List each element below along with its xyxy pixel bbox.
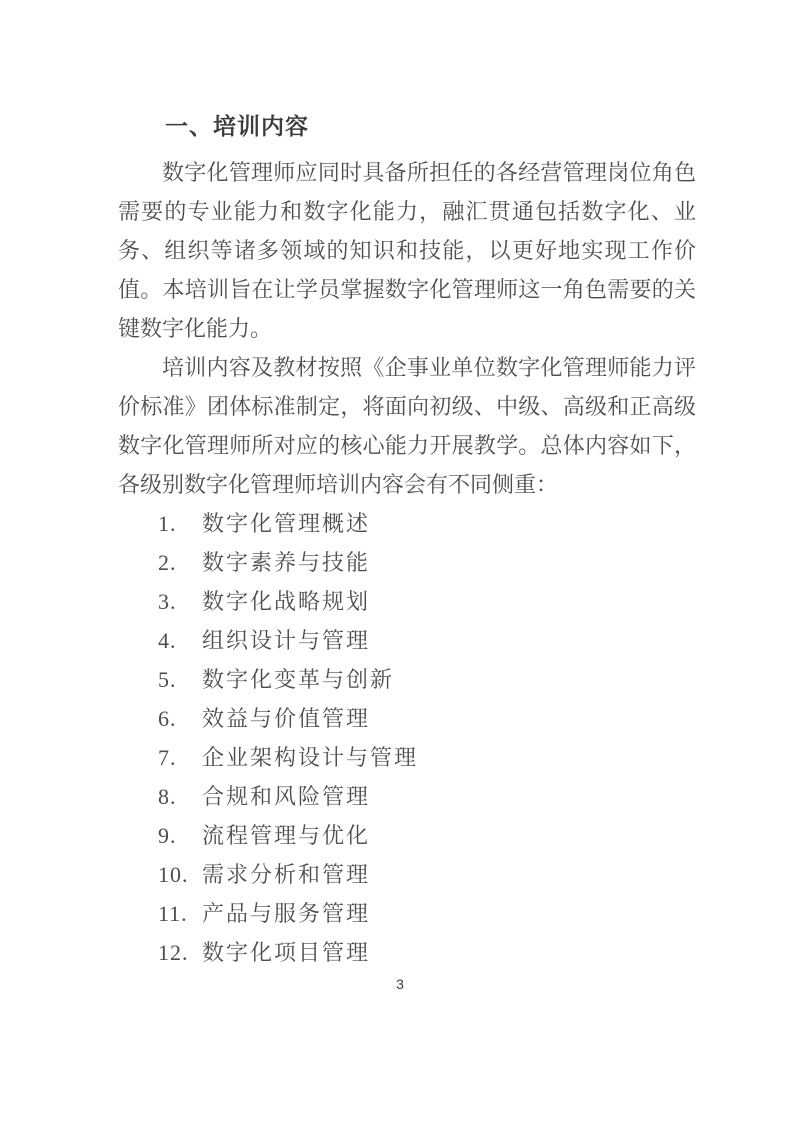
list-item-number: 9. — [158, 816, 202, 855]
list-item: 10.需求分析和管理 — [118, 855, 696, 894]
list-item: 7.企业架构设计与管理 — [118, 738, 696, 777]
list-item-text: 需求分析和管理 — [202, 862, 370, 887]
list-item: 1.数字化管理概述 — [118, 504, 696, 543]
list-item-text: 数字化管理概述 — [202, 511, 370, 536]
list-item-number: 7. — [158, 738, 202, 777]
list-item-text: 流程管理与优化 — [202, 823, 370, 848]
list-item-text: 合规和风险管理 — [202, 784, 370, 809]
document-page: 一、培训内容 数字化管理师应同时具备所担任的各经营管理岗位角色需要的专业能力和数… — [0, 0, 800, 1131]
list-item: 11.产品与服务管理 — [118, 894, 696, 933]
list-item-number: 1. — [158, 504, 202, 543]
section-heading: 一、培训内容 — [118, 113, 696, 139]
list-item-text: 数字化战略规划 — [202, 589, 370, 614]
list-item-text: 组织设计与管理 — [202, 628, 370, 653]
list-item: 6.效益与价值管理 — [118, 699, 696, 738]
list-item-text: 效益与价值管理 — [202, 706, 370, 731]
list-item-number: 4. — [158, 621, 202, 660]
list-item-number: 11. — [158, 894, 202, 933]
list-item: 8.合规和风险管理 — [118, 777, 696, 816]
list-item: 9.流程管理与优化 — [118, 816, 696, 855]
list-item: 12.数字化项目管理 — [118, 933, 696, 972]
list-item-number: 3. — [158, 582, 202, 621]
list-item: 5.数字化变革与创新 — [118, 660, 696, 699]
list-item-number: 5. — [158, 660, 202, 699]
list-item-text: 数字化变革与创新 — [202, 667, 394, 692]
list-item-number: 8. — [158, 777, 202, 816]
document-content: 一、培训内容 数字化管理师应同时具备所担任的各经营管理岗位角色需要的专业能力和数… — [118, 113, 696, 972]
list-item-text: 数字素养与技能 — [202, 550, 370, 575]
paragraph-training-scope: 培训内容及教材按照《企事业单位数字化管理师能力评价标准》团体标准制定，将面向初级… — [118, 348, 696, 504]
list-item-number: 10. — [158, 855, 202, 894]
list-item-text: 企业架构设计与管理 — [202, 745, 418, 770]
list-item-number: 12. — [158, 933, 202, 972]
page-number: 3 — [0, 976, 800, 992]
list-item-number: 2. — [158, 543, 202, 582]
list-item: 3.数字化战略规划 — [118, 582, 696, 621]
list-item-text: 数字化项目管理 — [202, 940, 370, 965]
training-topics-list: 1.数字化管理概述 2.数字素养与技能 3.数字化战略规划 4.组织设计与管理 … — [118, 504, 696, 972]
list-item: 2.数字素养与技能 — [118, 543, 696, 582]
list-item-text: 产品与服务管理 — [202, 901, 370, 926]
list-item: 4.组织设计与管理 — [118, 621, 696, 660]
list-item-number: 6. — [158, 699, 202, 738]
paragraph-intro: 数字化管理师应同时具备所担任的各经营管理岗位角色需要的专业能力和数字化能力，融汇… — [118, 153, 696, 348]
